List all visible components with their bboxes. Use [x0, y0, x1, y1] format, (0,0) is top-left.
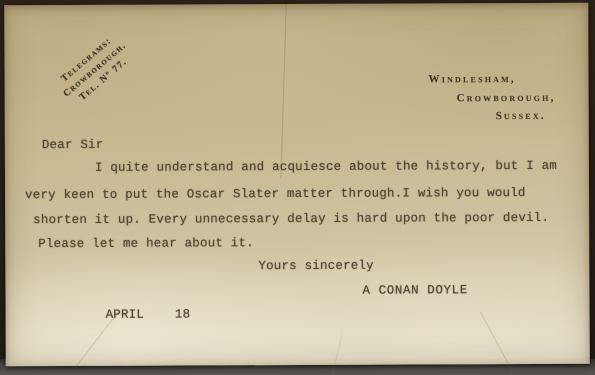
paper-crease — [280, 4, 287, 179]
closing-line: Yours sincerely — [258, 259, 374, 275]
paper-crease — [480, 312, 514, 373]
signature: A CONAN DOYLE — [362, 283, 467, 298]
body-line-1: I quite understand and acquiesce about t… — [95, 159, 557, 176]
letterhead-house: Windlesham, — [429, 73, 516, 85]
salutation: Dear Sir — [42, 138, 104, 153]
letter-paper: Telegrams: Crowborough. Tel. Nº 77. Wind… — [4, 3, 590, 367]
body-line-2: very keen to put the Oscar Slater matter… — [25, 186, 526, 203]
date-line: APRIL 18 — [106, 307, 191, 322]
letterhead-town: Crowborough, — [457, 92, 556, 104]
letterhead-county: Sussex. — [496, 110, 546, 122]
telegram-stamp: Telegrams: Crowborough. Tel. Nº 77. — [39, 18, 153, 123]
body-line-4: Please let me hear about it. — [38, 236, 254, 252]
body-line-3: shorten it up. Every unnecessary delay i… — [33, 211, 549, 228]
photo-background: Telegrams: Crowborough. Tel. Nº 77. Wind… — [0, 0, 595, 375]
stamp-line-crowborough: Crowborough. — [47, 28, 144, 113]
